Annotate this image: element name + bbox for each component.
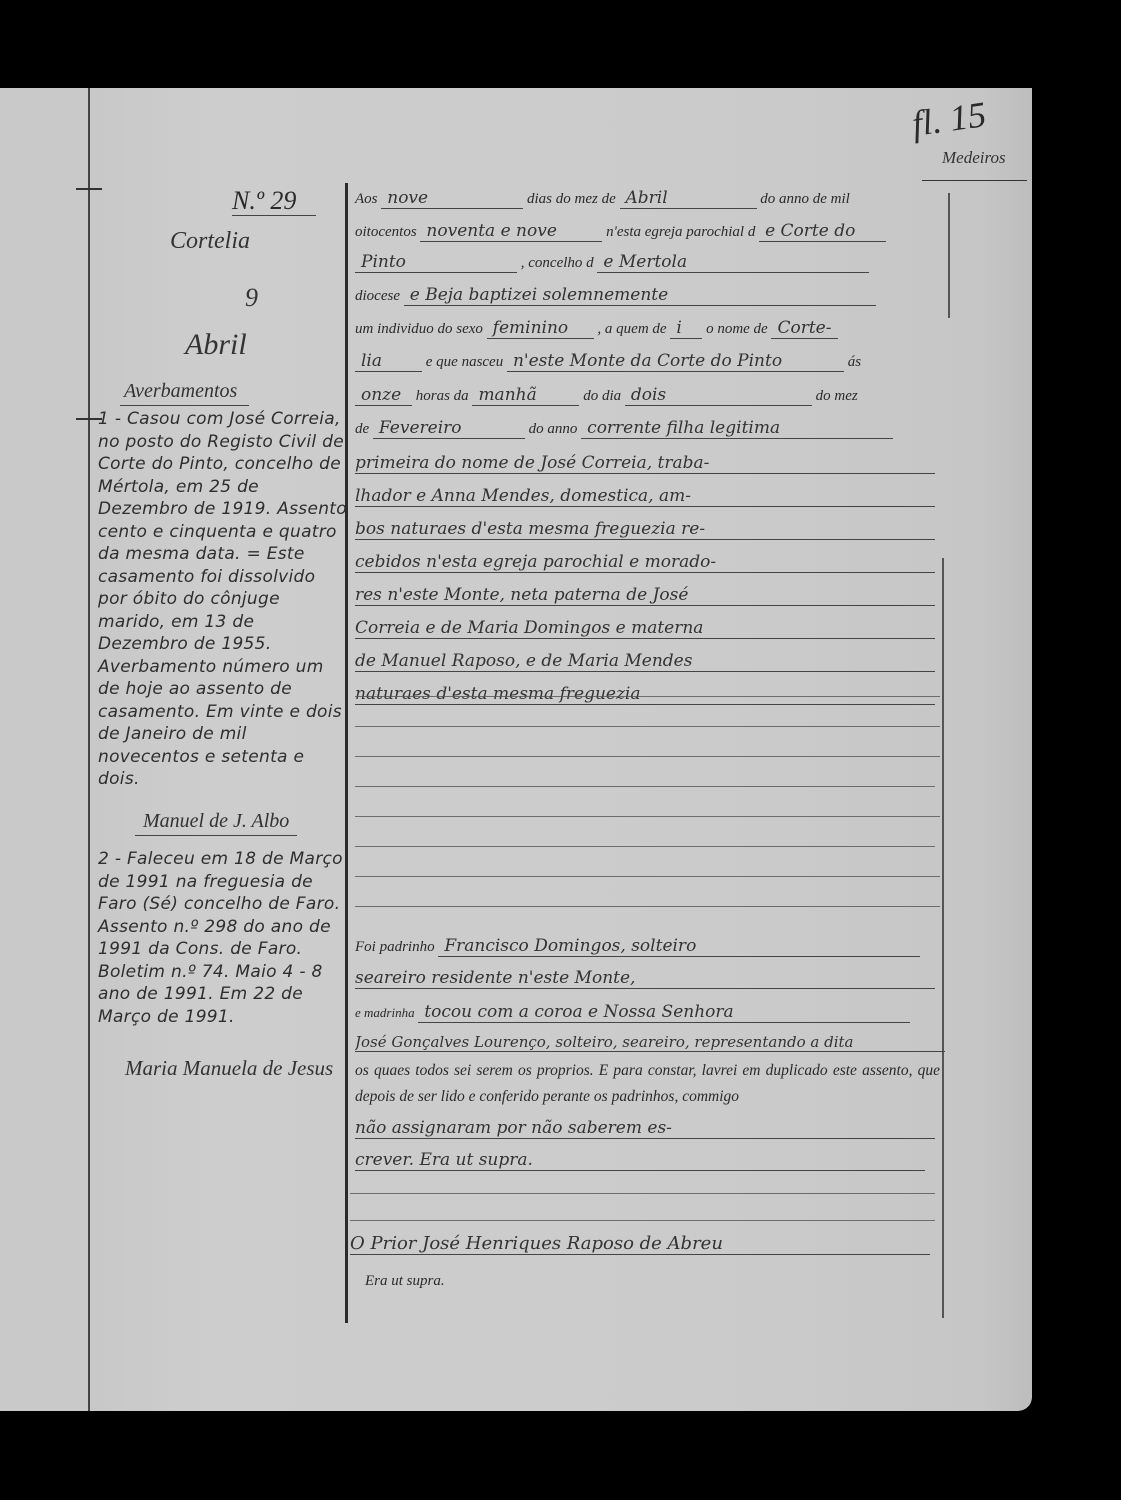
child-name: Corte- [771, 318, 838, 339]
era-ut-supra: Era ut supra. [365, 1273, 445, 1290]
closing-handwritten: não assignaram por não saberem es- [355, 1118, 935, 1139]
closing-printed-text: os quaes todos sei serem os proprios. E … [355, 1058, 940, 1110]
grandparents-line: de Manuel Raposo, e de Maria Mendes [355, 651, 935, 672]
birth-period: manhã [472, 385, 579, 406]
annotation-signature-2: Maria Manuela de Jesus [125, 1056, 333, 1081]
empty-rule [355, 696, 940, 697]
child-name-cont: lia [355, 351, 422, 372]
parish-name: e Corte do [759, 221, 886, 242]
folio-signature: Medeiros [942, 148, 1006, 168]
form-line-6: lia e que nasceu n'este Monte da Corte d… [355, 351, 945, 372]
diocese-name: e Beja baptizei solemnemente [404, 285, 876, 306]
godmother-line: e madrinha tocou com a coroa e Nossa Sen… [355, 1002, 945, 1023]
grandparents-line: naturaes d'esta mesma freguezia [355, 684, 935, 705]
priest-signature: O Prior José Henriques Raposo de Abreu [350, 1233, 930, 1255]
empty-rule [350, 1220, 935, 1221]
birth-day: dois [625, 385, 812, 406]
empty-rule [355, 786, 935, 787]
grandparents-line: res n'este Monte, neta paterna de José [355, 585, 935, 606]
parents-line: cebidos n'esta egreja parochial e morado… [355, 552, 935, 573]
margin-month: Abril [185, 328, 247, 362]
book-binding [88, 88, 90, 1411]
form-line-4: diocese e Beja baptizei solemnemente [355, 285, 945, 306]
empty-rule [350, 1193, 935, 1194]
folio-underline [922, 180, 1027, 181]
godmother-proxy: José Gonçalves Lourenço, solteiro, seare… [355, 1033, 945, 1052]
form-line-2: oitocentos noventa e nove n'esta egreja … [355, 221, 945, 242]
entry-number: N.º 29 [232, 186, 316, 216]
folio-mark: fl. 15 Medeiros [912, 98, 1027, 183]
form-line-3: Pinto , concelho d e Mertola [355, 252, 945, 273]
annotations-heading: Averbamentos [120, 380, 249, 406]
margin-child-name: Cortelia [170, 228, 250, 255]
empty-rule [355, 876, 940, 877]
register-page: fl. 15 Medeiros N.º 29 Cortelia 9 Abril … [0, 88, 1032, 1411]
grandparents-line: Correia e de Maria Domingos e materna [355, 618, 935, 639]
godfather-line: Foi padrinho Francisco Domingos, solteir… [355, 936, 945, 957]
binding-stitch [76, 188, 102, 190]
empty-rule [355, 906, 940, 907]
closing-handwritten: crever. Era ut supra. [355, 1150, 925, 1171]
birth-hour: onze [355, 385, 412, 406]
baptism-year: noventa e nove [420, 221, 602, 242]
parents-line: bos naturaes d'esta mesma freguezia re- [355, 519, 935, 540]
council-name: e Mertola [597, 252, 869, 273]
previous-page-edge [0, 88, 88, 1411]
birth-year-legitimacy: corrente filha legitima [581, 418, 893, 439]
right-margin-rule [948, 193, 950, 318]
annotation-death: 2 - Faleceu em 18 de Março de 1991 na fr… [98, 848, 348, 1028]
parish-name-cont: Pinto [355, 252, 517, 273]
baptism-day: nove [381, 188, 523, 209]
form-line-5: um individuo do sexo feminino , a quem d… [355, 318, 945, 339]
empty-rule [355, 816, 940, 817]
empty-rule [355, 756, 940, 757]
annotation-signature-1: Manuel de J. Albo [135, 810, 297, 836]
child-sex: feminino [487, 318, 594, 339]
annotation-marriage: 1 - Casou com José Correia, no posto do … [98, 408, 348, 791]
empty-rule [355, 846, 935, 847]
empty-rule [355, 726, 940, 727]
godfather-label: Foi padrinho [355, 939, 435, 955]
godmother-name: tocou com a coroa e Nossa Senhora [418, 1002, 910, 1023]
form-line-8: de Fevereiro do anno corrente filha legi… [355, 418, 945, 439]
form-line-1: Aos nove dias do mez de Abril do anno de… [355, 188, 945, 209]
birth-month: Fevereiro [373, 418, 525, 439]
form-line-7: onze horas da manhã do dia dois do mez [355, 385, 945, 406]
birthplace: n'este Monte da Corte do Pinto [507, 351, 844, 372]
folio-number: fl. 15 [909, 93, 988, 145]
margin-day: 9 [245, 283, 258, 313]
godfather-name: Francisco Domingos, solteiro [438, 936, 920, 957]
parents-line: primeira do nome de José Correia, traba- [355, 453, 935, 474]
godfather-details: seareiro residente n'este Monte, [355, 968, 935, 989]
godmother-label: e madrinha [355, 1005, 415, 1020]
baptism-month: Abril [620, 188, 757, 209]
parents-line: lhador e Anna Mendes, domestica, am- [355, 486, 935, 507]
